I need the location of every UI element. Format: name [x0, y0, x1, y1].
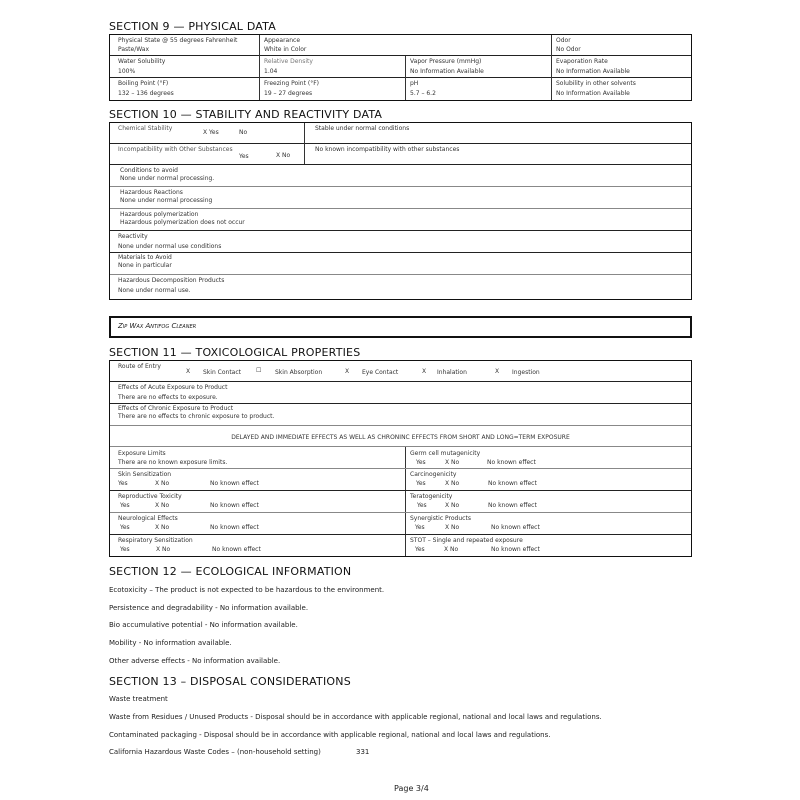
ecotoxicity-line: Ecotoxicity – The product is not expecte…: [109, 586, 384, 595]
section-11-title: SECTION 11 — TOXICOLOGICAL PROPERTIES: [109, 346, 360, 359]
other-adverse-effects-line: Other adverse effects - No information a…: [109, 657, 280, 666]
neurological-effects-label: Neurological Effects: [118, 515, 178, 523]
contaminated-packaging-line: Contaminated packaging - Disposal should…: [109, 731, 550, 740]
odor-value: No Odor: [556, 46, 581, 54]
stot-yes: Yes: [415, 546, 425, 554]
page-number: Page 3/4: [394, 784, 429, 793]
germ-cell-label: Germ cell mutagenicity: [410, 450, 480, 458]
teratogenicity-label: Teratogenicity: [410, 493, 452, 501]
boiling-point-value: 132 – 136 degrees: [118, 90, 174, 98]
route-of-entry-label: Route of Entry: [118, 363, 161, 371]
section-9-title: SECTION 9 — PHYSICAL DATA: [109, 20, 276, 33]
freezing-point-value: 19 – 27 degrees: [264, 90, 312, 98]
route-mark-eye-contact: X: [345, 368, 349, 376]
vapor-pressure-label: Vapor Pressure (mmHg): [410, 58, 481, 66]
germ-cell-no: X No: [445, 459, 459, 467]
route-ingestion: Ingestion: [512, 369, 540, 377]
chemical-stability-note: Stable under normal conditions: [315, 125, 409, 133]
incompatibility-no: X No: [276, 152, 290, 160]
chronic-exposure-label: Effects of Chronic Exposure to Product: [118, 405, 233, 413]
carcinogenicity-yes: Yes: [416, 480, 426, 488]
incompatibility-yes: Yes: [239, 153, 249, 161]
chronic-exposure-value: There are no effects to chronic exposure…: [118, 413, 274, 421]
stot-no: X No: [444, 546, 458, 554]
neurological-effects-no: X No: [155, 524, 169, 532]
exposure-limits-label: Exposure Limits: [118, 450, 166, 458]
persistence-line: Persistence and degradability - No infor…: [109, 604, 308, 613]
germ-cell-yes: Yes: [416, 459, 426, 467]
carcinogenicity-effect: No known effect: [488, 480, 537, 488]
exposure-limits-value: There are no known exposure limits.: [118, 459, 227, 467]
reproductive-toxicity-label: Reproductive Toxicity: [118, 493, 182, 501]
respiratory-sensitization-yes: Yes: [120, 546, 130, 554]
chemical-stability-no: No: [239, 129, 247, 137]
physical-state-value: Paste/Wax: [118, 46, 149, 54]
ph-value: 5.7 – 6.2: [410, 90, 436, 98]
product-banner: [109, 316, 692, 338]
route-mark-skin-absorption: ☐: [256, 367, 261, 375]
route-mark-skin-contact: X: [186, 368, 190, 376]
carcinogenicity-no: X No: [445, 480, 459, 488]
section-13-title: SECTION 13 – DISPOSAL CONSIDERATIONS: [109, 675, 351, 688]
route-inhalation: Inhalation: [437, 369, 467, 377]
delayed-effects-header: DELAYED AND IMMEDIATE EFFECTS AS WELL AS…: [110, 434, 691, 442]
route-mark-inhalation: X: [422, 368, 426, 376]
route-mark-ingestion: X: [495, 368, 499, 376]
hazardous-polymerization-value: Hazardous polymerization does not occur: [120, 219, 245, 227]
hazardous-polymerization-label: Hazardous polymerization: [120, 211, 198, 219]
skin-sensitization-no: X No: [155, 480, 169, 488]
synergistic-products-no: X No: [445, 524, 459, 532]
skin-sensitization-effect: No known effect: [210, 480, 259, 488]
appearance-value: White in Color: [264, 46, 306, 54]
evaporation-rate-label: Evaporation Rate: [556, 58, 608, 66]
reactivity-value: None under normal use conditions: [118, 243, 221, 251]
decomposition-products-label: Hazardous Decomposition Products: [118, 277, 224, 285]
teratogenicity-effect: No known effect: [488, 502, 537, 510]
hazardous-reactions-value: None under normal processing: [120, 197, 212, 205]
neurological-effects-effect: No known effect: [210, 524, 259, 532]
mobility-line: Mobility - No information available.: [109, 639, 232, 648]
water-solubility-label: Water Solubility: [118, 58, 165, 66]
evaporation-rate-value: No Information Available: [556, 68, 630, 76]
conditions-to-avoid-value: None under normal processing.: [120, 175, 214, 183]
appearance-label: Appearance: [264, 37, 300, 45]
section-12-title: SECTION 12 — ECOLOGICAL INFORMATION: [109, 565, 351, 578]
chemical-stability-label: Chemical Stability: [118, 125, 172, 133]
relative-density-value: 1.04: [264, 68, 277, 76]
materials-to-avoid-label: Materials to Avoid: [118, 254, 172, 262]
physical-state-label: Physical State @ 55 degrees Fahrenheit: [118, 37, 237, 45]
stot-effect: No known effect: [491, 546, 540, 554]
acute-exposure-label: Effects of Acute Exposure to Product: [118, 384, 227, 392]
germ-cell-effect: No known effect: [487, 459, 536, 467]
other-solubility-value: No Information Available: [556, 90, 630, 98]
decomposition-products-value: None under normal use.: [118, 287, 191, 295]
chemical-stability-yes: X Yes: [203, 129, 219, 137]
water-solubility-value: 100%: [118, 68, 135, 76]
ph-label: pH: [410, 80, 418, 88]
section-10-title: SECTION 10 — STABILITY AND REACTIVITY DA…: [109, 108, 382, 121]
freezing-point-label: Freezing Point (°F): [264, 80, 319, 88]
ca-waste-codes-value: 331: [356, 748, 369, 757]
conditions-to-avoid-label: Conditions to avoid: [120, 167, 178, 175]
teratogenicity-yes: Yes: [417, 502, 427, 510]
boiling-point-label: Boiling Point (°F): [118, 80, 168, 88]
waste-residues-line: Waste from Residues / Unused Products - …: [109, 713, 602, 722]
odor-label: Odor: [556, 37, 571, 45]
carcinogenicity-label: Carcinogenicity: [410, 471, 456, 479]
route-eye-contact: Eye Contact: [362, 369, 398, 377]
neurological-effects-yes: Yes: [120, 524, 130, 532]
route-skin-contact: Skin Contact: [203, 369, 241, 377]
incompatibility-note: No known incompatibility with other subs…: [315, 146, 459, 154]
waste-treatment-line: Waste treatment: [109, 695, 168, 704]
skin-sensitization-label: Skin Sensitization: [118, 471, 171, 479]
stot-label: STOT – Single and repeated exposure: [410, 537, 523, 545]
other-solubility-label: Solubility in other solvents: [556, 80, 636, 88]
relative-density-label: Relative Density: [264, 58, 313, 66]
respiratory-sensitization-effect: No known effect: [212, 546, 261, 554]
reproductive-toxicity-yes: Yes: [120, 502, 130, 510]
incompatibility-label: Incompatibility with Other Substances: [118, 146, 233, 154]
reactivity-label: Reactivity: [118, 233, 148, 241]
vapor-pressure-value: No Information Available: [410, 68, 484, 76]
materials-to-avoid-value: None in particular: [118, 262, 172, 270]
product-name: Zip Wax Antifog Cleaner: [118, 322, 196, 330]
synergistic-products-label: Synergistic Products: [410, 515, 471, 523]
reproductive-toxicity-no: X No: [155, 502, 169, 510]
hazardous-reactions-label: Hazardous Reactions: [120, 189, 183, 197]
respiratory-sensitization-no: X No: [156, 546, 170, 554]
synergistic-products-effect: No known effect: [491, 524, 540, 532]
ca-waste-codes-label: California Hazardous Waste Codes – (non-…: [109, 748, 321, 757]
respiratory-sensitization-label: Respiratory Sensitization: [118, 537, 193, 545]
route-skin-absorption: Skin Absorption: [275, 369, 322, 377]
reproductive-toxicity-effect: No known effect: [210, 502, 259, 510]
acute-exposure-value: There are no effects to exposure.: [118, 394, 218, 402]
teratogenicity-no: X No: [445, 502, 459, 510]
synergistic-products-yes: Yes: [415, 524, 425, 532]
bioaccumulative-line: Bio accumulative potential - No informat…: [109, 621, 298, 630]
skin-sensitization-yes: Yes: [118, 480, 128, 488]
